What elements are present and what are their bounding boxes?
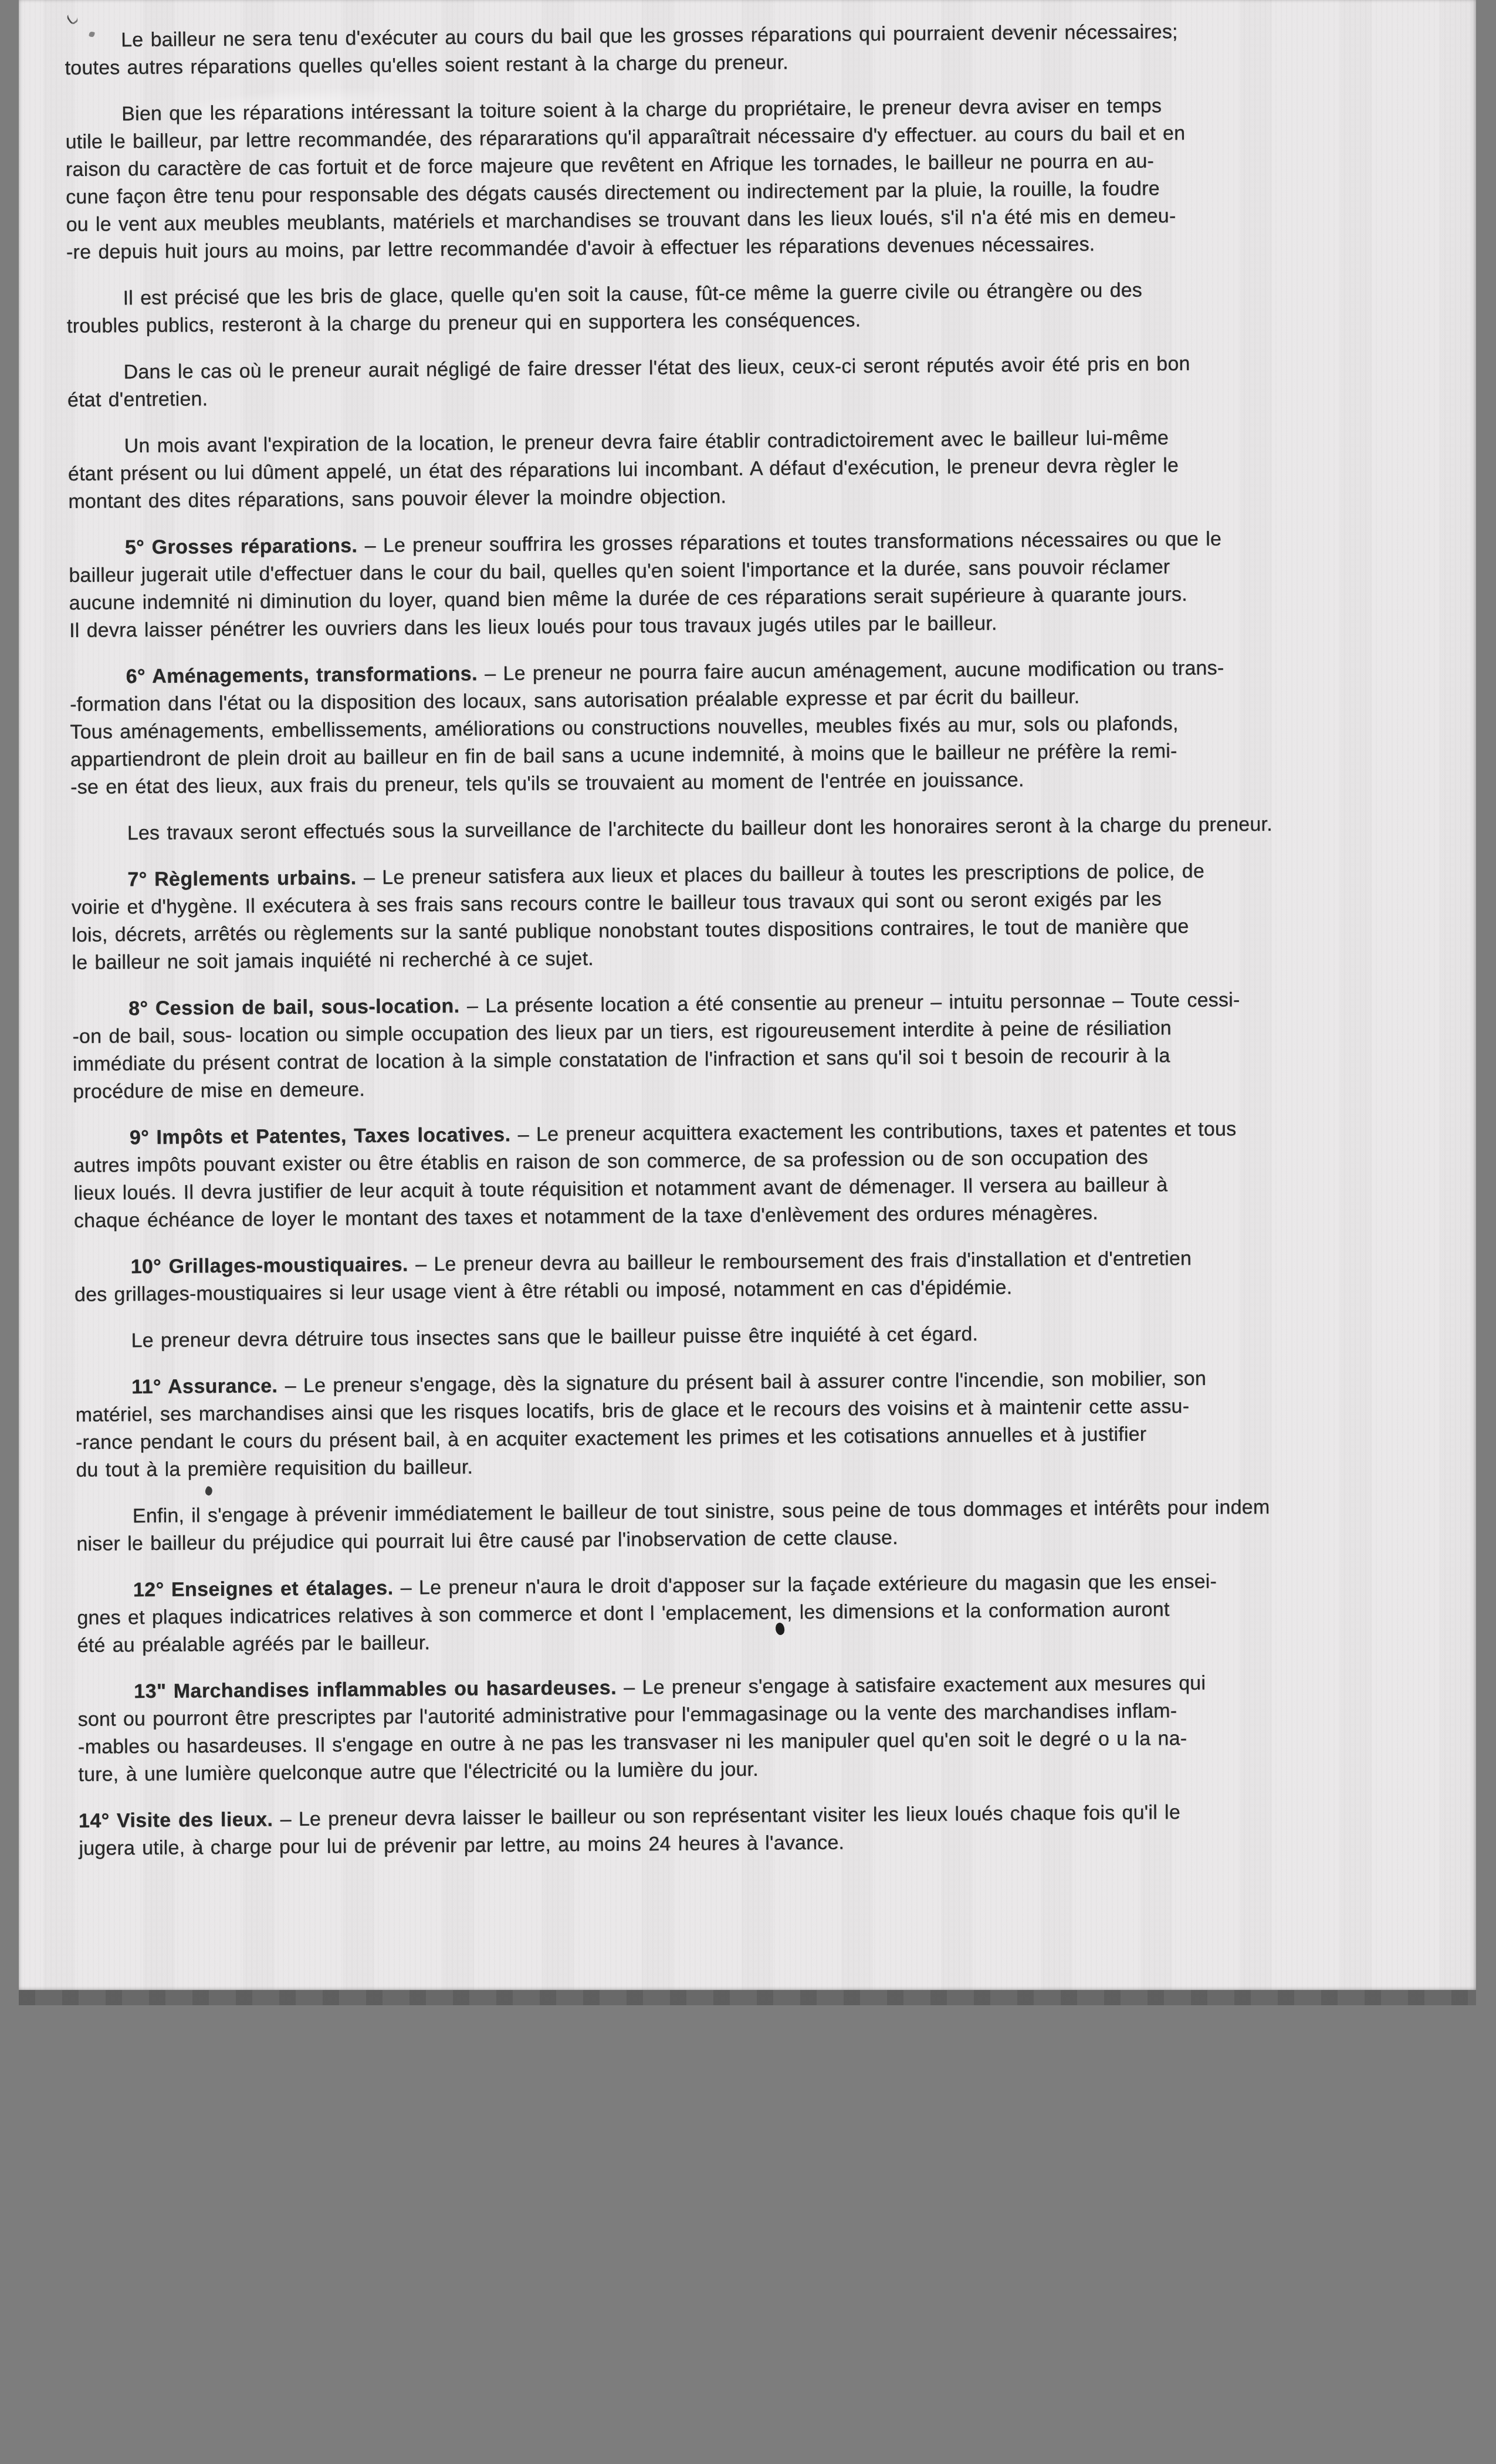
document-body: Le bailleur ne sera tenu d'exécuter au c… xyxy=(65,16,1434,1881)
paragraph: Dans le cas où le preneur aurait négligé… xyxy=(67,348,1423,414)
clause-paragraph: 6° Aménagements, transformations. – Le p… xyxy=(70,653,1426,801)
page-bottom-shadow xyxy=(19,1990,1476,2005)
clause-heading: 11° Assurance. xyxy=(131,1375,285,1398)
paragraph: Bien que les réparations intéressant la … xyxy=(65,90,1421,266)
clause-paragraph: 14° Visite des lieux. – Le preneur devra… xyxy=(79,1797,1434,1863)
clause-heading: 5° Grosses réparations. xyxy=(125,534,365,559)
clause-heading: 7° Règlements urbains. xyxy=(127,867,364,891)
clause-paragraph: 8° Cession de bail, sous-location. – La … xyxy=(72,985,1428,1106)
clause-paragraph: 9° Impôts et Patentes, Taxes locatives. … xyxy=(73,1114,1429,1235)
clause-paragraph: 5° Grosses réparations. – Le preneur sou… xyxy=(69,524,1424,645)
paragraph: Il est précisé que les bris de glace, qu… xyxy=(66,275,1422,340)
clause-paragraph: 7° Règlements urbains. – Le preneur sati… xyxy=(71,856,1427,977)
paragraph: Le preneur devra détruire tous insectes … xyxy=(75,1317,1430,1355)
clause-paragraph: 11° Assurance. – Le preneur s'engage, dè… xyxy=(75,1363,1431,1484)
document-page: Le bailleur ne sera tenu d'exécuter au c… xyxy=(19,0,1476,1990)
clause-heading: 12° Enseignes et étalages. xyxy=(133,1577,401,1602)
clause-heading: 9° Impôts et Patentes, Taxes locatives. xyxy=(130,1123,518,1149)
paragraph: Les travaux seront effectués sous la sur… xyxy=(71,810,1426,848)
clause-paragraph: 12° Enseignes et étalages. – Le preneur … xyxy=(77,1566,1433,1660)
clause-paragraph: 13" Marchandises inflammables ou hasarde… xyxy=(77,1668,1433,1789)
scan-background: { "page": { "background_color": "#7d7d7d… xyxy=(0,0,1496,2464)
paragraph: Un mois avant l'expiration de la locatio… xyxy=(67,422,1423,516)
clause-heading: 13" Marchandises inflammables ou hasarde… xyxy=(134,1677,624,1703)
paragraph: Le bailleur ne sera tenu d'exécuter au c… xyxy=(65,16,1420,82)
clause-heading: 8° Cession de bail, sous-location. xyxy=(128,995,467,1020)
clause-heading: 14° Visite des lieux. xyxy=(79,1808,280,1832)
clause-heading: 6° Aménagements, transformations. xyxy=(126,662,485,688)
clause-paragraph: 10° Grillages-moustiquaires. – Le preneu… xyxy=(74,1243,1430,1309)
clause-heading: 10° Grillages-moustiquaires. xyxy=(130,1253,415,1278)
paragraph: Enfin, il s'engage à prévenir immédiatem… xyxy=(76,1492,1432,1558)
